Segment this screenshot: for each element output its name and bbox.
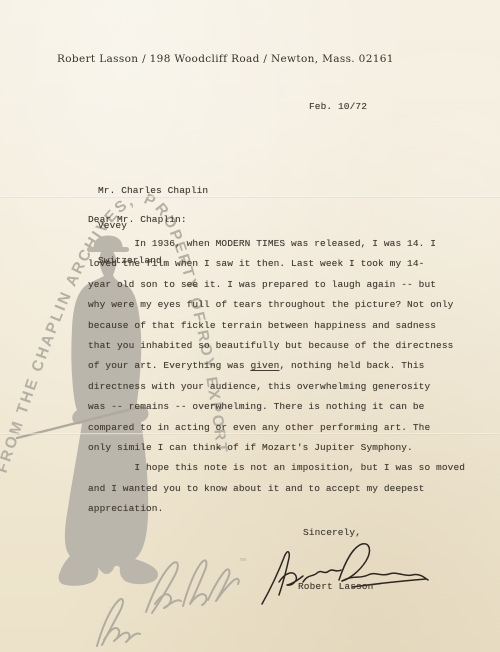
body-line: of your art. Everything was given, nothi… [88,356,465,376]
body-line: year old son to see it. I was prepared t… [88,275,465,295]
letter-paper: FROM THE CHAPLIN ARCHIVES, PROPERTY OF R… [0,0,500,652]
body-line: appreciation. [88,499,465,519]
body-line: In 1936, when MODERN TIMES was released,… [88,234,465,254]
body-line: was -- remains -- overwhelming. There is… [88,397,465,417]
paper-crease [0,196,500,198]
signoff: Sincerely, [303,527,361,538]
typed-signature-name: Robert Lasson [298,581,373,592]
body-line: compared to in acting or even any other … [88,418,465,438]
body-line: only simile I can think of if Mozart's J… [88,438,465,458]
body-line: directness with your audience, this over… [88,377,465,397]
charlie-chaplin-signature [97,560,239,646]
letter-body: In 1936, when MODERN TIMES was released,… [88,234,465,519]
body-line: and I wanted you to know about it and to… [88,479,465,499]
salutation: Dear Mr. Chaplin: [88,214,187,225]
body-line: loved the film when I saw it then. Last … [88,254,465,274]
date-line: Feb. 10/72 [309,101,367,112]
letterhead: Robert Lasson / 198 Woodcliff Road / New… [57,53,394,65]
body-line: that you inhabited so beautifully but be… [88,336,465,356]
trademark-symbol: ™ [239,558,246,565]
recipient-name: Mr. Charles Chaplin [98,185,208,197]
body-line: why were my eyes full of tears throughou… [88,295,465,315]
body-line: because of that fickle terrain between h… [88,316,465,336]
body-line: I hope this note is not an imposition, b… [88,458,465,478]
robert-lasson-handwritten-signature [262,544,428,604]
